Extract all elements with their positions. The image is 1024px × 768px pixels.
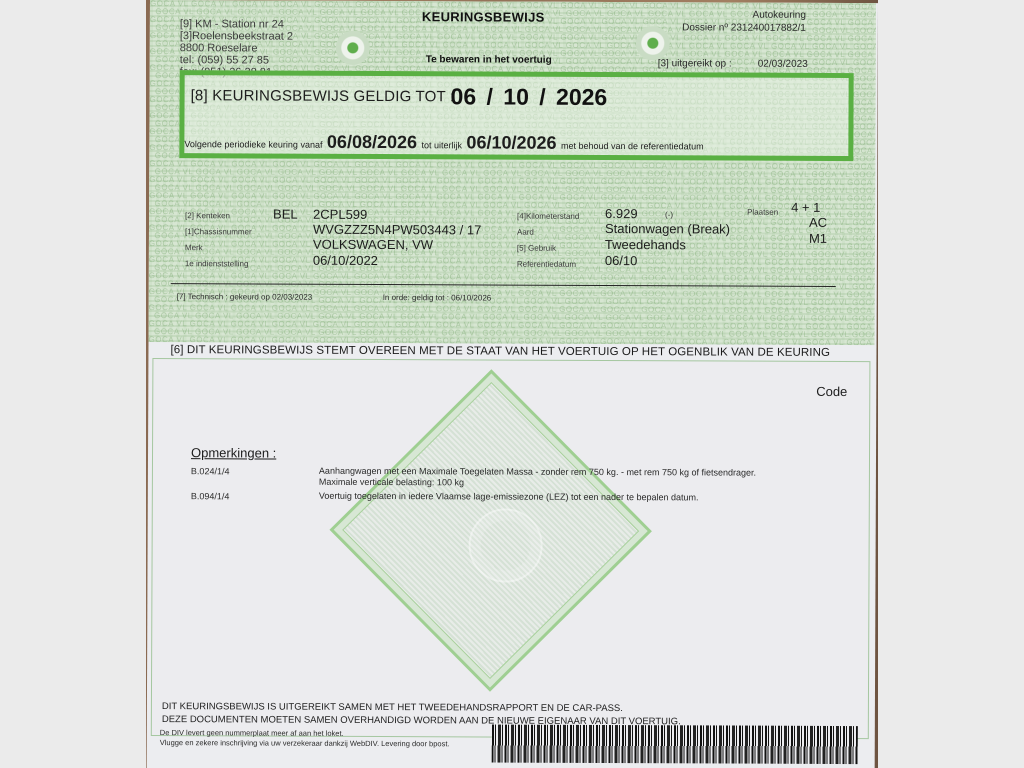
chassis-number: WVGZZZ5N4PW503443 / 17 bbox=[313, 222, 481, 238]
remark-text: Voertuig toegelaten in iedere Vlaamse la… bbox=[319, 491, 699, 504]
plate-label: [2] Kenteken bbox=[185, 211, 230, 220]
station-street: [3]Roelensbeekstraat 2 bbox=[180, 30, 293, 42]
remarks-title: Opmerkingen : bbox=[191, 445, 276, 460]
reference-date-label: Referentiedatum bbox=[517, 260, 576, 269]
make-label: Merk bbox=[185, 243, 203, 252]
issued-date: 02/03/2023 bbox=[758, 59, 808, 70]
goca-eye-logo-icon bbox=[336, 31, 370, 65]
chassis-label: [1]Chassisnummer bbox=[185, 227, 252, 236]
issued-label: [3] uitgereikt op : bbox=[658, 58, 732, 69]
type-value: Stationwagen (Break) bbox=[605, 221, 730, 237]
remark-line: Maximale verticale belasting: 100 kg bbox=[319, 477, 756, 490]
security-print-section: GOCA VL GOCA VL GOCA VL GOCA VL GOCA VL … bbox=[149, 0, 876, 345]
station-phone: tel: (059) 55 27 85 bbox=[180, 54, 293, 66]
next-inspection-until: 06/10/2026 bbox=[466, 132, 556, 152]
remark-code: B.094/1/4 bbox=[191, 491, 230, 501]
validity-label: [8] KEURINGSBEWIJS GELDIG TOT : bbox=[191, 87, 455, 105]
station-name: [9] KM - Station nr 24 bbox=[180, 18, 293, 30]
usage-label: [5] Gebruik bbox=[517, 244, 556, 253]
inspection-certificate: GOCA VL GOCA VL GOCA VL GOCA VL GOCA VL … bbox=[147, 0, 878, 768]
next-inspection-row: Volgende periodieke keuring vanaf 06/08/… bbox=[184, 131, 703, 154]
mileage-value: 6.929 bbox=[605, 206, 638, 221]
document-title: KEURINGSBEWIJS bbox=[422, 9, 545, 25]
footer-line-1: DIT KEURINGSBEWIJS IS UITGEREIKT SAMEN M… bbox=[162, 701, 623, 714]
usage-value: Tweedehands bbox=[605, 237, 686, 252]
separator-line bbox=[171, 283, 836, 287]
first-registration-value: 06/10/2022 bbox=[313, 253, 378, 268]
reference-date-value: 06/10 bbox=[605, 253, 638, 268]
dossier-info: Autokeuring Dossier nº 231240017882/1 bbox=[682, 8, 806, 35]
next-inspection-prefix: Volgende periodieke keuring vanaf bbox=[184, 139, 322, 150]
technical-valid-until: In orde: geldig tot : 06/10/2026 bbox=[383, 293, 492, 302]
goca-eye-logo-icon bbox=[636, 26, 670, 60]
embossed-eye-icon bbox=[468, 508, 542, 582]
barcode bbox=[492, 724, 858, 764]
validity-date: 06 / 10 / 2026 bbox=[451, 83, 608, 111]
dossier-number: Dossier nº 231240017882/1 bbox=[682, 21, 806, 35]
mileage-label: [4]Kilometerstand bbox=[517, 212, 579, 221]
code-label: Code bbox=[816, 384, 847, 399]
footer-note-1: De DIV levert geen nummerplaat meer af a… bbox=[160, 728, 344, 738]
mileage-unit: (-) bbox=[665, 210, 673, 219]
body-code: AC bbox=[809, 215, 827, 230]
document-subtitle: Te bewaren in het voertuig bbox=[426, 54, 552, 66]
remarks-section: Code Opmerkingen : B.024/1/4 Aanhangwage… bbox=[151, 358, 871, 739]
remark-code: B.024/1/4 bbox=[191, 466, 230, 476]
remark-line: Voertuig toegelaten in iedere Vlaamse la… bbox=[319, 491, 699, 504]
plate-country: BEL bbox=[273, 207, 298, 222]
remark-text: Aanhangwagen met een Maximale Toegelaten… bbox=[319, 466, 756, 490]
declaration-text: [6] DIT KEURINGSBEWIJS STEMT OVEREEN MET… bbox=[170, 344, 830, 359]
next-inspection-middle: tot uiterlijk bbox=[421, 140, 462, 150]
make-value: VOLKSWAGEN, VW bbox=[313, 237, 433, 253]
seats-value: 4 + 1 bbox=[791, 200, 820, 215]
first-registration-label: 1e indienststelling bbox=[185, 259, 249, 268]
vehicle-category: M1 bbox=[809, 231, 827, 246]
type-label: Aard bbox=[517, 228, 534, 237]
footer-note-2: Vlugge en zekere inschrijving via uw ver… bbox=[160, 738, 450, 748]
inspection-type: Autokeuring bbox=[682, 8, 806, 22]
next-inspection-suffix: met behoud van de referentiedatum bbox=[561, 141, 704, 152]
seats-label: Plaatsen bbox=[747, 208, 778, 217]
next-inspection-from: 06/08/2026 bbox=[327, 132, 417, 152]
validity-box: [8] KEURINGSBEWIJS GELDIG TOT : 06 / 10 … bbox=[179, 70, 853, 161]
technical-inspection-date: [7] Technisch : gekeurd op 02/03/2023 bbox=[177, 292, 313, 302]
station-city: 8800 Roeselare bbox=[180, 42, 293, 54]
plate-number: 2CPL599 bbox=[313, 207, 367, 222]
